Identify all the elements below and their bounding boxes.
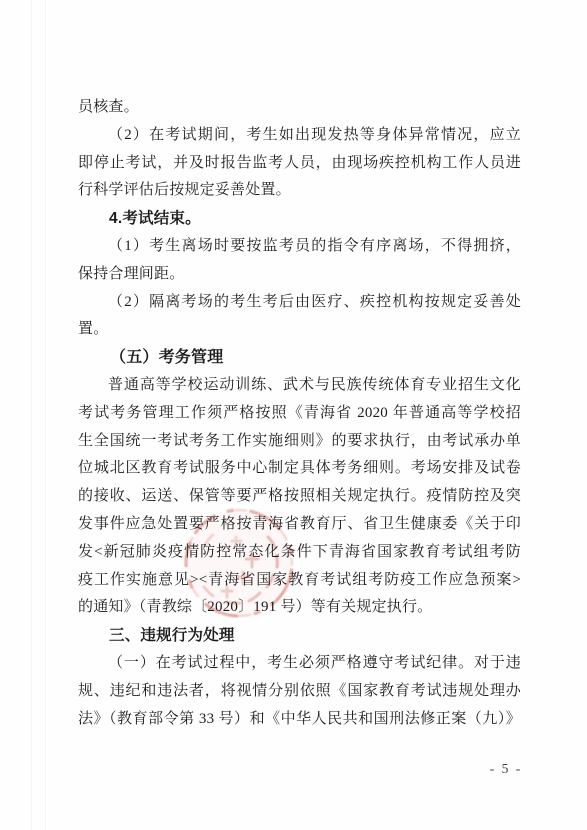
text-line: （一）在考试过程中，考生必须严格遵守考试纪律。对于违 [78, 650, 521, 678]
text-line: 行科学评估后按规定妥善处置。 [78, 177, 521, 205]
scan-fold-line [31, 0, 32, 830]
text-line: 4.考试结束。 [78, 205, 521, 233]
text-line: 疫工作实施意见><青海省国家教育考试组考防疫工作应急预案> [78, 567, 521, 595]
text-line: 考试考务管理工作须严格按照《青海省 2020 年普通高等学校招 [78, 400, 521, 428]
text-line: 的接收、运送、保管等要严格按照相关规定执行。疫情防控及突 [78, 483, 521, 511]
text-line: 三、违规行为处理 [78, 622, 521, 650]
text-line: （2）在考试期间，考生如出现发热等身体异常情况，应立 [78, 122, 521, 150]
text-line: 的通知》（青教综〔2020〕191 号）等有关规定执行。 [78, 594, 521, 622]
text-line: 规、违纪和违法者，将视情分别依照《国家教育考试违规处理办 [78, 678, 521, 706]
text-line: 法》（教育部令第 33 号）和《中华人民共和国刑法修正案（九）》 [78, 706, 521, 734]
text-line: （五）考务管理 [78, 344, 521, 372]
text-line: 员核查。 [78, 94, 521, 122]
text-line: 普通高等学校运动训练、武术与民族传统体育专业招生文化 [78, 372, 521, 400]
scanned-document-page: 员核查。（2）在考试期间，考生如出现发热等身体异常情况，应立即停止考试，并及时报… [0, 0, 587, 830]
text-line: 发<新冠肺炎疫情防控常态化条件下青海省国家教育考试组考防 [78, 539, 521, 567]
text-line: 保持合理间距。 [78, 261, 521, 289]
document-body: 员核查。（2）在考试期间，考生如出现发热等身体异常情况，应立即停止考试，并及时报… [78, 94, 521, 733]
text-line: 即停止考试，并及时报告监考人员，由现场疾控机构工作人员进 [78, 150, 521, 178]
scan-fold-line [45, 0, 46, 830]
text-line: （2）隔离考场的考生考后由医疗、疾控机构按规定妥善处 [78, 289, 521, 317]
page-number: - 5 - [474, 761, 538, 777]
text-line: 位城北区教育考试服务中心制定具体考务细则。考场安排及试卷 [78, 455, 521, 483]
text-line: 发事件应急处置要严格按青海省教育厅、省卫生健康委《关于印 [78, 511, 521, 539]
text-line: 生全国统一考试考务工作实施细则》的要求执行，由考试承办单 [78, 428, 521, 456]
text-line: 置。 [78, 316, 521, 344]
text-line: （1）考生离场时要按监考员的指令有序离场，不得拥挤， [78, 233, 521, 261]
